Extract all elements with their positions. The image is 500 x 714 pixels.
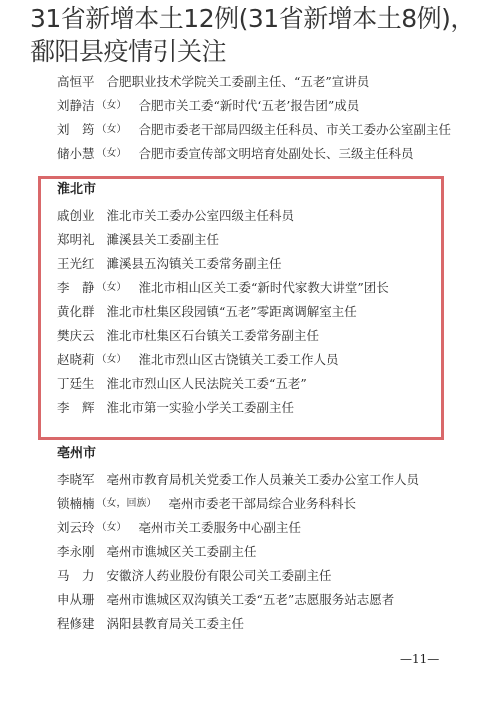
person-name: 李 辉 <box>57 398 95 418</box>
person-name: 李 静 <box>57 278 95 298</box>
list-item: 李 辉 淮北市第一实验小学关工委副主任 <box>57 398 294 418</box>
list-item: 郑明礼 濉溪县关工委副主任 <box>57 230 219 250</box>
list-item: 李永刚 亳州市谯城区关工委副主任 <box>57 542 257 562</box>
person-title: 淮北市关工委办公室四级主任科员 <box>107 206 295 226</box>
person-title: 亳州市谯城区关工委副主任 <box>107 542 257 562</box>
person-name: 高恒平 <box>57 72 95 92</box>
person-title: 淮北市第一实验小学关工委副主任 <box>107 398 295 418</box>
person-note: （女） <box>97 518 127 538</box>
list-item: 刘云玲 （女） 亳州市关工委服务中心副主任 <box>57 518 301 538</box>
person-name: 黄化群 <box>57 302 95 322</box>
person-name: 樊庆云 <box>57 326 95 346</box>
person-title: 亳州市关工委服务中心副主任 <box>139 518 302 538</box>
person-name: 郑明礼 <box>57 230 95 250</box>
person-name: 赵晓莉 <box>57 350 95 370</box>
person-title: 淮北市杜集区段园镇“五老”零距离调解室主任 <box>107 302 357 322</box>
list-item: 李晓军 亳州市教育局机关党委工作人员兼关工委办公室工作人员 <box>57 470 419 490</box>
list-item: 戚创业 淮北市关工委办公室四级主任科员 <box>57 206 294 226</box>
list-item: 锁楠楠 （女，回族） 亳州市委老干部局综合业务科科长 <box>57 494 356 514</box>
list-item: 丁廷生 淮北市烈山区人民法院关工委“五老” <box>57 374 307 394</box>
person-name: 锁楠楠 <box>57 494 95 514</box>
person-title: 合肥市委老干部局四级主任科员、市关工委办公室副主任 <box>139 120 452 140</box>
list-item: 李 静 （女） 淮北市相山区关工委“新时代家教大讲堂”团长 <box>57 278 389 298</box>
person-title: 亳州市谯城区双沟镇关工委“五老”志愿服务站志愿者 <box>107 590 395 610</box>
person-name: 刘静洁 <box>57 96 95 116</box>
person-title: 淮北市相山区关工委“新时代家教大讲堂”团长 <box>139 278 389 298</box>
person-name: 李晓军 <box>57 470 95 490</box>
person-name: 刘云玲 <box>57 518 95 538</box>
document-scan: 高恒平 合肥职业技术学院关工委副主任、“五老”宣讲员 刘静洁 （女） 合肥市关工… <box>0 70 500 714</box>
person-title: 亳州市教育局机关党委工作人员兼关工委办公室工作人员 <box>107 470 420 490</box>
person-title: 合肥职业技术学院关工委副主任、“五老”宣讲员 <box>107 72 370 92</box>
person-name: 刘 筠 <box>57 120 95 140</box>
list-item: 黄化群 淮北市杜集区段园镇“五老”零距离调解室主任 <box>57 302 357 322</box>
person-name: 戚创业 <box>57 206 95 226</box>
list-item: 申从珊 亳州市谯城区双沟镇关工委“五老”志愿服务站志愿者 <box>57 590 394 610</box>
person-title: 淮北市杜集区石台镇关工委常务副主任 <box>107 326 320 346</box>
person-name: 李永刚 <box>57 542 95 562</box>
person-title: 淮北市烈山区人民法院关工委“五老” <box>107 374 307 394</box>
person-note: （女） <box>97 144 127 164</box>
list-item: 程修建 涡阳县教育局关工委主任 <box>57 614 244 634</box>
article-headline: 31省新增本土12例(31省新增本土8例)，鄱阳县疫情引关注 <box>30 2 490 68</box>
person-note: （女） <box>97 120 127 140</box>
section-heading-huaibei: 淮北市 <box>57 180 96 200</box>
list-item: 储小慧 （女） 合肥市委宣传部文明培育处副处长、三级主任科员 <box>57 144 414 164</box>
person-name: 马 力 <box>57 566 95 586</box>
list-item: 刘 筠 （女） 合肥市委老干部局四级主任科员、市关工委办公室副主任 <box>57 120 451 140</box>
person-name: 程修建 <box>57 614 95 634</box>
person-title: 合肥市委宣传部文明培育处副处长、三级主任科员 <box>139 144 414 164</box>
person-title: 安徽济人药业股份有限公司关工委副主任 <box>107 566 332 586</box>
list-item: 高恒平 合肥职业技术学院关工委副主任、“五老”宣讲员 <box>57 72 369 92</box>
person-name: 丁廷生 <box>57 374 95 394</box>
person-name: 申从珊 <box>57 590 95 610</box>
person-note: （女） <box>97 96 127 116</box>
person-title: 涡阳县教育局关工委主任 <box>107 614 245 634</box>
person-title: 淮北市烈山区古饶镇关工委工作人员 <box>139 350 339 370</box>
person-note: （女） <box>97 350 127 370</box>
person-note: （女） <box>97 278 127 298</box>
person-name: 王光红 <box>57 254 95 274</box>
page-number: —11— <box>400 652 439 666</box>
list-item: 刘静洁 （女） 合肥市关工委“新时代‘五老’报告团”成员 <box>57 96 359 116</box>
person-title: 合肥市关工委“新时代‘五老’报告团”成员 <box>139 96 360 116</box>
section-heading-bozhou: 亳州市 <box>57 444 96 464</box>
person-name: 储小慧 <box>57 144 95 164</box>
person-note: （女，回族） <box>97 494 157 514</box>
list-item: 马 力 安徽济人药业股份有限公司关工委副主任 <box>57 566 332 586</box>
person-title: 亳州市委老干部局综合业务科科长 <box>169 494 357 514</box>
list-item: 赵晓莉 （女） 淮北市烈山区古饶镇关工委工作人员 <box>57 350 339 370</box>
person-title: 濉溪县五沟镇关工委常务副主任 <box>107 254 282 274</box>
person-title: 濉溪县关工委副主任 <box>107 230 220 250</box>
list-item: 王光红 濉溪县五沟镇关工委常务副主任 <box>57 254 282 274</box>
list-item: 樊庆云 淮北市杜集区石台镇关工委常务副主任 <box>57 326 319 346</box>
